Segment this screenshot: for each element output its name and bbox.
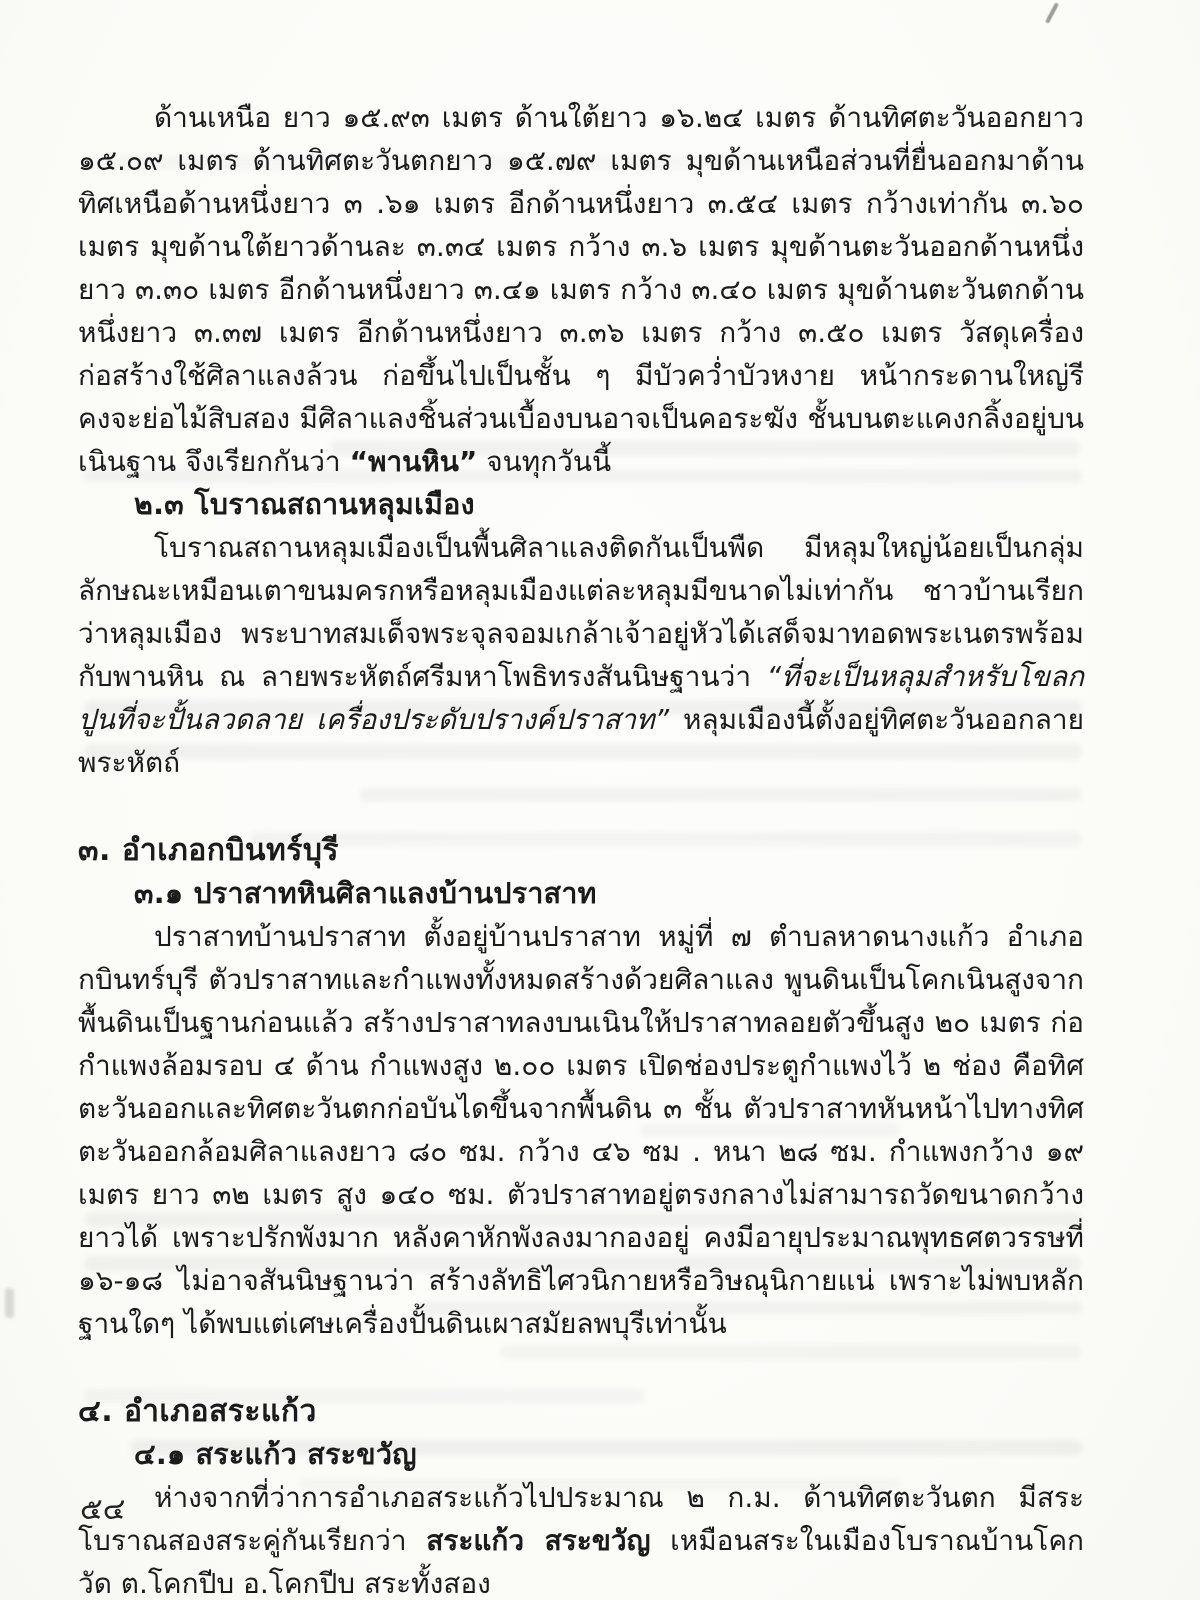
page-number: ๕๔ xyxy=(80,1486,125,1533)
paragraph-phan-hin-dimensions: ด้านเหนือ ยาว ๑๕.๙๓ เมตร ด้านใต้ยาว ๑๖.๒… xyxy=(78,96,1084,483)
text-run: “พานหิน” xyxy=(350,445,478,478)
heading-3-kabin-buri: ๓. อำเภอกบินทร์บุรี xyxy=(78,829,1084,872)
scanned-document-page: ด้านเหนือ ยาว ๑๕.๙๓ เมตร ด้านใต้ยาว ๑๖.๒… xyxy=(0,0,1200,1600)
text-run: ๓. อำเภอกบินทร์บุรี xyxy=(78,833,339,868)
text-run: ๓.๑ ปราสาทหินศิลาแลงบ้านปราสาท xyxy=(134,877,597,910)
text-run: ด้านเหนือ ยาว ๑๕.๙๓ เมตร ด้านใต้ยาว ๑๖.๒… xyxy=(78,101,1084,478)
text-run: ๒.๓ โบราณสถานหลุมเมือง xyxy=(134,488,475,521)
heading-2-3-lum-mueang: ๒.๓ โบราณสถานหลุมเมือง xyxy=(134,483,1084,526)
scan-smudge-mark xyxy=(1045,2,1059,23)
text-run: ๔. อำเภอสระแก้ว xyxy=(78,1394,317,1429)
scan-smudge-mark xyxy=(5,1288,14,1318)
text-run: ๔.๑ สระแก้ว สระขวัญ xyxy=(134,1438,417,1471)
text-run: สระแก้ว สระขวัญ xyxy=(426,1524,650,1557)
paragraph-sa-kaeo-sa-khwan: ห่างจากที่ว่าการอำเภอสระแก้วไปประมาณ ๒ ก… xyxy=(78,1476,1084,1600)
heading-4-1-sa-kaeo-sa-khwan: ๔.๑ สระแก้ว สระขวัญ xyxy=(134,1433,1084,1476)
paragraph-prasat-ban-prasat: ปราสาทบ้านปราสาท ตั้งอยู่บ้านปราสาท หมู่… xyxy=(78,915,1084,1345)
heading-4-sa-kaeo: ๔. อำเภอสระแก้ว xyxy=(78,1390,1084,1433)
paragraph-lum-mueang: โบราณสถานหลุมเมืองเป็นพื้นศิลาแลงติดกันเ… xyxy=(78,526,1084,784)
text-run: จนทุกวันนี้ xyxy=(477,445,611,478)
text-column: ด้านเหนือ ยาว ๑๕.๙๓ เมตร ด้านใต้ยาว ๑๖.๒… xyxy=(78,96,1084,1600)
heading-3-1-prasat-hin: ๓.๑ ปราสาทหินศิลาแลงบ้านปราสาท xyxy=(134,872,1084,915)
text-run: ปราสาทบ้านปราสาท ตั้งอยู่บ้านปราสาท หมู่… xyxy=(78,920,1084,1340)
